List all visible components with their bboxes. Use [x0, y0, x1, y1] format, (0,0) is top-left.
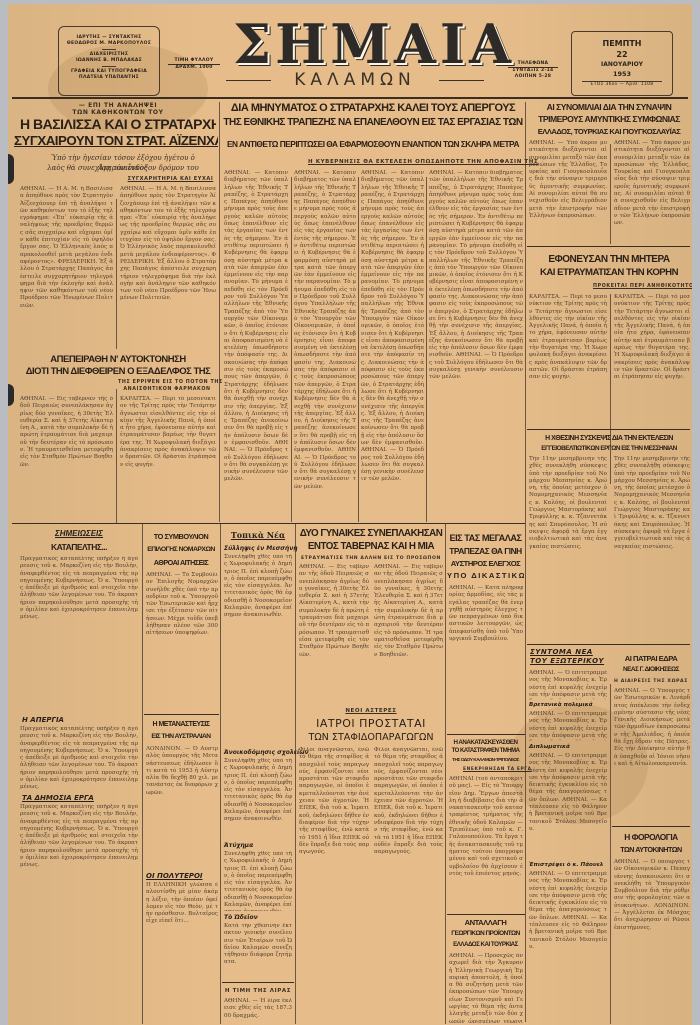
tavern-body-col1: ΑΘΗΝΑΙ. — Εἰς ταβέρναν τῆς ὁδοῦ Πειραιῶς… — [299, 564, 369, 699]
suicide-subhead-2: ΑΝΑΙΣΘΗΤΙΚΟΝ ΦΑΡΜΑΚΟΝ — [118, 387, 216, 392]
control-headline-4: ΥΠΟ ΔΙΚΑΣΤΙΚΩΝ — [447, 570, 524, 582]
column-divider — [291, 177, 292, 522]
column-divider — [220, 524, 221, 1024]
australia-headline-2: ΕΙΣ ΤΗΝ ΑΥΣΤΡΑΛΙΑΝ — [144, 732, 218, 742]
date-year: 1953 — [572, 70, 672, 78]
queen-body-col1: ΑΘΗΝΑΙ. — Ἡ Α. Μ. ἡ Βασίλισσα ἀπηύθυνε π… — [20, 186, 113, 341]
phones-other: ΛΟΙΠΗΝ 5-28 — [508, 74, 558, 80]
pact-headline: ΑΙ ΣΥΝΟΜΙΛΙΑΙ ΔΙΑ ΤΗΝ ΣΥΝΑΨΙΝ — [528, 102, 690, 113]
queen-subhead: ΣΥΓΧΑΡΗΤΗΡΙΑ ΚΑΙ ΕΥΧΑΙ — [123, 176, 218, 182]
date-issue: ΕΤΟΣ 36ον — Ἀριθ. 1108 — [582, 81, 662, 88]
short-news-body-3: ΑΘΗΝΑΙ. — Ὁ ἐπιτετραμμένος τῆς Μονακοβία… — [529, 753, 607, 858]
torn-edge — [8, 384, 14, 406]
section-rule — [527, 644, 690, 645]
strike-subhead: Η ΚΥΒΕΡΝΗΣΙΣ ΘΑ ΕΚΤΕΛΕΣΗ ΟΠΩΣΔΗΠΟΤΕ ΤΗΝ … — [308, 159, 523, 165]
column-divider — [610, 684, 611, 1024]
strike-headline-2: ΤΗΣ ΕΘΝΙΚΗΣ ΤΡΑΠΕΖΗΣ ΝΑ ΕΠΑΝΕΛΘΟΥΝ ΕΙΣ Τ… — [222, 116, 524, 129]
date-month: ΙΑΝΟΥΑΡΙΟΥ — [572, 61, 672, 68]
tavern-headline-2: ΕΝΤΟΣ ΤΑΒΕΡΝΑΣ ΚΑΙ Η ΜΙΑ — [298, 541, 444, 553]
australia-body: ΛΟΝΔΙΝΟΝ. — Ὁ Αὐστραλὸς ὑπουργὸς τῆς Μετ… — [146, 746, 218, 876]
masthead-title: ΣΗΜΑΙΑ — [233, 16, 473, 72]
section-rule — [447, 914, 525, 915]
date-day: 22 — [572, 50, 672, 59]
notes-subsection: Η ΑΠΕΡΓΙΑ — [22, 716, 64, 724]
notes-body: Πραγματικὸς καταπέλτης ὑπῆρξεν ἡ ἀγόρευσ… — [20, 556, 138, 716]
column-divider — [295, 524, 296, 1024]
lira-headline: Η ΤΙΜΗ ΤΗΣ ΛΙΡΑΣ — [222, 988, 294, 994]
short-news-kicker-2: Διπλωματικά — [529, 744, 570, 750]
torn-edge — [8, 154, 14, 184]
messinia-body-col2: Τὴν 11ην μεσημβρινὴν τῆς χθὲς συνεκλήθη … — [614, 456, 690, 641]
local-body-3: Συνελήφθη χθὲς ὑπὸ τῆς Χωροφυλακῆς ὁ Δημ… — [224, 851, 292, 911]
price-block: ΤΙΜΗ ΦΥΛΛΟΥ ΔΡΑΧΜ. 1000 — [168, 58, 220, 71]
date-box: ΠΕΜΠΤΗ 22 ΙΑΝΟΥΑΡΙΟΥ 1953 ΕΤΟΣ 36ον — Ἀρ… — [571, 31, 673, 96]
local-body-2: Συνελήφθη χθὲς ὑπὸ τῆς Χωροφυλακῆς ὁ Δημ… — [224, 758, 292, 838]
queen-headline-2: ΣΥΓΧΑΙΡΟΥΝ ΤΟΝ ΣΤΡΑΤ. ΑΪΖΕΝΧΑΟΥΕΡ — [14, 133, 218, 148]
control-headline-2: ΤΡΑΠΕΖΑΣ ΘΑ ΓΙΝΗ — [447, 545, 524, 557]
column-divider — [219, 102, 220, 522]
strike-body-col2: ΑΘΗΝΑΙ. — Κατόπιν διαβήματος τῶν ὑπαλλήλ… — [294, 170, 356, 520]
column-divider — [426, 177, 427, 522]
masthead-city: ΚΑΛΑΜΩΝ — [230, 70, 480, 90]
column-divider — [525, 102, 526, 1022]
local-news-section: Τοπικὰ Νέα — [222, 530, 294, 540]
notes-section-title: ΣΗΜΕΙΩΣΕΙΣ — [24, 529, 134, 538]
suicide-body-col1: ΑΘΗΝΑΙ. — Εἰς ταβέρναν τῆς ὁδοῦ Πειραιῶς… — [20, 396, 113, 521]
strike-body-col3: ΑΘΗΝΑΙ. — Κατόπιν διαβήματος τῶν ὑπαλλήλ… — [361, 170, 424, 520]
local-kicker-4: Τὸ Ὠδεῖον — [224, 914, 258, 921]
doctors-body-col1: Φίλοι ἀναγνῶσται, ἐνῶ τὸ θέμα τῆς σταφίδ… — [299, 747, 369, 1022]
short-news-section: ΣΥΝΤΟΜΑ ΝΕΑ ΤΟΥ ΕΞΩΤΕΡΙΚΟΥ — [530, 648, 608, 666]
section-rule — [447, 734, 525, 735]
local-kicker-3: Ἀτύχημα — [224, 842, 253, 849]
prefects-headline: ΤΟ ΣΥΜΒΟΥΛΙΟΝ — [144, 532, 218, 542]
section-rule — [527, 246, 690, 247]
prefects-headline-2: ΕΠΙΛΟΓΗΣ ΝΟΜΑΡΧΩΝ — [144, 545, 218, 555]
karditsa-body-col1: ΚΑΡΔΙΤΣΑ. — Περὶ τὸ μεσονύκτιον τῆς Τρίτ… — [529, 294, 607, 424]
control-headline-3: ΑΥΣΤΗΡΟΣ ΕΛΕΓΧΟΣ — [447, 558, 524, 570]
price-label: ΤΙΜΗ ΦΥΛΛΟΥ — [168, 58, 220, 65]
australia-headline: Η ΜΕΤΑΝΑΣΤΕΥΣΙΣ — [144, 720, 218, 730]
road-headline: Η ΑΝΑΚΑΤΑΣΚΕΥΑΣΘΕΝ — [447, 738, 524, 747]
section-rule — [527, 429, 690, 430]
lira-body: ΑΘΗΝΑΙ. — Ἡ λίρα ἔκλεισε χθὲς εἰς τὰς 18… — [224, 998, 292, 1023]
notes-body-2: Πραγματικὸς καταπέλτης ὑπῆρξεν ἡ ἀγόρευσ… — [20, 726, 138, 791]
staff-box: ΙΔΡΥΤΗΣ — ΣΥΝΤΑΚΤΗΣ ΘΕΟΔΩΡΟΣ Μ. ΜΑΡΚΟΠΟΥ… — [58, 26, 160, 96]
patras-headline: ΑΙ ΠΑΤΡΑΙ ΕΔΡΑ — [612, 654, 690, 664]
strike-headline-3: ΕΝ ΑΝΤΙΘΕΤΩ ΠΕΡΙΠΤΩΣΕΙ ΘΑ ΕΦΑΡΜΟΣΘΟΥΝ ΕΝ… — [222, 139, 524, 150]
cartax-headline-2: ΤΩΝ ΑΥΤΟΚΙΝΗΤΩΝ — [612, 844, 690, 855]
messinia-headline-2: ΕΓΓΕΙΟΒΕΛΤΙΩΤΙΚΩΝ ΕΡΓΩΝ ΕΙΣ ΤΗΝ ΜΕΣΣΗΝΙΑ… — [528, 444, 690, 454]
patras-headline-2: ΝΕΑΣ Γ. ΔΙΟΙΚΗΣΕΩΣ — [612, 665, 690, 675]
messinia-body-col1: Τὴν 11ην μεσημβρινὴν τῆς χθὲς συνεκλήθη … — [529, 456, 607, 641]
section-rule — [12, 523, 525, 524]
patras-subhead: Η ΔΙΑΙΡΕΣΙΣ ΤΗΣ ΧΩΡΑΣ — [612, 679, 690, 684]
suicide-body-col2: ΚΑΡΔΙΤΣΑ. — Περὶ τὸ μεσονύκτιον τῆς Τρίτ… — [120, 396, 216, 521]
karditsa-headline-2: ΚΑΙ ΕΤΡΑΥΜΑΤΙΣΑΝ ΤΗΝ ΚΟΡΗΝ — [528, 267, 690, 279]
queen-headline: Η ΒΑΣΙΛΙΣΣΑ ΚΑΙ Ο ΣΤΡΑΤΑΡΧΗΣ — [20, 117, 216, 132]
doctors-body-col2: Φίλοι ἀναγνῶσται, ἐνῶ τὸ θέμα τῆς σταφίδ… — [374, 747, 443, 1022]
section-rule — [222, 982, 294, 983]
road-headline-2: ΤΟ ΚΑΤΑΣΤΡΑΦΕΝ ΤΜΗΜΑ — [447, 747, 524, 756]
suicide-headline: ΑΠΕΠΕΙΡΑΘΗ Ν' ΑΥΤΟΚΤΟΝΗΣΗ — [38, 354, 198, 365]
exchange-body: ΑΘΗΝΑΙ. — Προσεχῶς ἀναχωρεῖ διὰ τὴν Ἄγκυ… — [449, 953, 523, 1023]
doctors-headline: ΙΑΤΡΟΙ ΠΡΟΣΤΑΤΑΙ — [298, 717, 444, 730]
suicide-subhead: ΤΗΣ ΕΡΡΙΨΕΝ ΕΙΣ ΤΟ ΠΟΤΟΝ ΤΗΣ — [118, 380, 216, 385]
exchange-headline: ΑΝΤΑΛΛΑΓΗ — [447, 918, 524, 928]
column-divider — [610, 144, 611, 244]
strike-body-col4: ΑΘΗΝΑΙ. — Κατόπιν διαβήματος τῶν ὑπαλλήλ… — [429, 170, 523, 520]
australia-subsection: ΟΙ ΠΟΛΥΤΕΡΟΙ — [146, 872, 203, 880]
phones-label: ΤΗΛΕΦΩΝΑ — [508, 61, 558, 68]
column-divider — [142, 524, 143, 1024]
notes-headline: ΚΑΤΑΠΕΛΤΗΣ... — [24, 542, 134, 552]
queen-deck-2: λαὸς θὰ συνεχίσῃ τὸν ἔνδοξον δρόμον του — [28, 163, 218, 173]
suicide-headline-2: ΔΙΟΤΙ ΤΗΝ ΔΙΕΦΘΕΙΡΕΝ Ο ΕΞΑΔΕΛΦΟΣ ΤΗΣ — [20, 366, 216, 377]
tavern-headline: ΔΥΟ ΓΥΝΑΙΚΕΣ ΣΥΝΕΠΛΑΚΗΣΑΝ — [298, 528, 444, 540]
queen-kicker: — ΕΠΙ ΤΗ ΑΝΑΛΗΨΕΙ — [68, 102, 168, 109]
newspaper-page: ΙΔΡΥΤΗΣ — ΣΥΝΤΑΚΤΗΣ ΘΕΟΔΩΡΟΣ Μ. ΜΑΡΚΟΠΟΥ… — [8, 4, 692, 1025]
australia-body-2: Η ΕΛΛΗΝΙΚΗ γλῶσσα ἐπλουτίσθη μὲ μίαν ἀκό… — [146, 882, 218, 1022]
karditsa-subhead: ΠΡΟΚΕΙΤΑΙ ΠΕΡΙ ΑΝΗΘΙΚΟΤΗΤΟΣ — [593, 284, 690, 289]
prefects-body: ΑΘΗΝΑΙ. — Τὸ Συμβούλιον Ἐπιλογῆς Νομαρχῶ… — [146, 572, 218, 712]
staff-founder-name: ΘΕΟΔΩΡΟΣ Μ. ΜΑΡΚΟΠΟΥΛΟΣ — [59, 41, 159, 47]
column-divider — [116, 389, 117, 524]
pact-body-col2: ΑΘΗΝΑΙ. — Ὑπὸ ἄκρον μυστικότητα διεξάγον… — [614, 140, 690, 242]
prefects-headline-3: ΑΘΡΟΑΙ ΑΙΤΗΣΕΙΣ — [144, 558, 218, 568]
column-divider — [116, 199, 117, 349]
staff-offices-address: ΠΛΑΤΕΙΑ ΥΠΑΠΑΝΤΗΣ — [59, 75, 159, 81]
exchange-headline-2: ΓΕΩΡΓΙΚΩΝ ΠΡΟΪΟΝΤΩΝ — [447, 929, 524, 939]
control-body: ΑΘΗΝΑΙ. — Κατὰ πληροφορίας ἁρμοδίας, εἰς… — [449, 585, 523, 730]
karditsa-body-col2: ΚΑΡΔΙΤΣΑ. — Περὶ τὸ μεσονύκτιον τῆς Τρίτ… — [614, 294, 690, 424]
cartax-body: ΑΘΗΝΑΙ. — Ὁ ὑπουργὸς τῶν Οἰκονομικῶν κ. … — [614, 859, 690, 1022]
section-rule — [144, 714, 219, 715]
queen-body-col2: ΑΘΗΝΑΙ. — Ἡ Α. Μ. ἡ Βασίλισσα ἀπηύθυνε π… — [120, 186, 216, 341]
strike-headline: ΔΙΑ ΜΗΝΥΜΑΤΟΣ Ο ΣΤΡΑΤΑΡΧΗΣ ΚΑΛΕΙ ΤΟΥΣ ΑΠ… — [222, 102, 524, 115]
pact-headline-3: ΕΛΛΑΔΟΣ, ΤΟΥΡΚΙΑΣ ΚΑΙ ΓΙΟΥΓΚΟΣΛΑΥΪΑΣ — [528, 126, 690, 137]
notes-subsection-2: ΤΑ ΔΗΜΟΣΙΑ ΕΡΓΑ — [22, 794, 94, 802]
local-body: Συνελήφθη χθὲς ὑπὸ τῆς Χωροφυλακῆς ὁ Δημ… — [224, 554, 292, 744]
messinia-headline: Η ΧΘΕΣΙΝΗ ΣΥΣΚΕΨΙΣ ΔΙΑ ΤΗΝ ΕΚΤΕΛΕΣΙΝ — [528, 434, 690, 444]
road-headline-3: ΤΗΣ ΟΔΟΥ ΚΑΛΑΜΩΝ-ΤΡΙΠΟΛΕΩΣ — [447, 756, 524, 765]
queen-kicker-2: ΤΩΝ ΚΑΘΗΚΟΝΤΩΝ ΤΟΥ — [68, 109, 168, 116]
short-news-body-2: ΑΘΗΝΑΙ. — Ὁ ἐπιτετραμμένος τῆς Μονακοβία… — [529, 711, 607, 741]
doctors-headline-2: ΤΩΝ ΣΤΑΦΙΔΟΠΑΡΑΓΩΓΩΝ — [298, 731, 444, 744]
doctors-kicker: ΝΕΟΙ ΑΣΤΕΡΕΣ — [298, 708, 444, 714]
tavern-subhead: ΕΤΡΑΥΜΑΤΙΣΕ ΤΗΝ ΑΛΛΗΝ ΕΙΣ ΤΟ ΠΡΟΣΩΠΟΝ — [298, 556, 444, 561]
phones-block: ΤΗΛΕΦΩΝΑ ΣΥΝΤΑΞΙΣ 2-14 ΛΟΙΠΗΝ 5-28 — [508, 61, 558, 80]
local-body-4: Κατὰ τὴν χθεσινὴν ἔκτακτον γενικὴν συνέλ… — [224, 923, 292, 973]
short-news-body: ΑΘΗΝΑΙ. — Ὁ ἐπιτετραμμένος τῆς Μονακοβία… — [529, 670, 607, 700]
road-subhead: ΕΝΕΚΡΙΘΗΣΑΝ ΤΑ ΕΡΓΑ — [463, 767, 523, 772]
date-weekday: ΠΕΜΠΤΗ — [572, 39, 672, 48]
short-news-body-4: ΑΘΗΝΑΙ. — Ὁ ἐπιτετραμμένος τῆς Μονακοβία… — [529, 871, 607, 1021]
column-divider — [610, 294, 611, 484]
staff-manager-name: ΙΩΑΝΝΗΣ Β. ΜΠΑΛΑΚΑΣ — [59, 58, 159, 64]
road-body: ΑΘΗΝΑΙ (τοῦ ἀνταποκριτοῦ μας). — Εἰς τὸ … — [449, 776, 523, 911]
karditsa-headline: ΕΦΟΝΕΥΣΑΝ ΤΗΝ ΜΗΤΕΡΑ — [528, 254, 690, 266]
patras-body: ΑΘΗΝΑΙ. — Ὁ Ὑπουργὸς τῶν Ἐσωτερικῶν κ. Λ… — [614, 688, 690, 823]
price-value: ΔΡΑΧΜ. 1000 — [168, 65, 220, 71]
strike-body-col1: ΑΘΗΝΑΙ. — Κατόπιν διαβήματος τῶν ὑπαλλήλ… — [224, 170, 288, 520]
column-divider — [445, 524, 446, 1024]
cartax-headline: Η ΦΟΡΟΛΟΓΙΑ — [612, 832, 690, 843]
pact-headline-2: ΤΡΙΜΕΡΟΥΣ ΑΜΥΝΤΙΚΗΣ ΣΥΜΦΩΝΙΑΣ — [528, 114, 690, 125]
section-rule — [612, 826, 690, 827]
column-divider — [358, 177, 359, 522]
tavern-body-col2: ΑΘΗΝΑΙ. — Εἰς ταβέρναν τῆς ὁδοῦ Πειραιῶς… — [374, 564, 443, 699]
notes-body-3: Πραγματικὸς καταπέλτης ὑπῆρξεν ἡ ἀγόρευσ… — [20, 804, 138, 1019]
local-kicker-2: Ἀνοικοδόμησις σχολείων — [224, 749, 309, 756]
short-news-kicker: Βρετανικὰ πολεμικά — [529, 702, 593, 708]
short-news-kicker-3: Ἐπιστρέφει ὁ κ. Πάουελ — [529, 862, 603, 868]
control-headline: ΕΙΣ ΤΑΣ ΜΕΓΑΛΑΣ — [447, 532, 524, 544]
pact-body-col1: ΑΘΗΝΑΙ. — Ὑπὸ ἄκρον μυστικότητα διεξάγον… — [529, 140, 607, 242]
masthead-rule — [12, 97, 688, 99]
local-kicker: Σύλληψις ἐν Μεσσήνῃ — [224, 545, 298, 552]
exchange-headline-3: ΕΛΛΑΔΟΣ ΚΑΙ ΤΟΥΡΚΙΑΣ — [447, 940, 524, 950]
